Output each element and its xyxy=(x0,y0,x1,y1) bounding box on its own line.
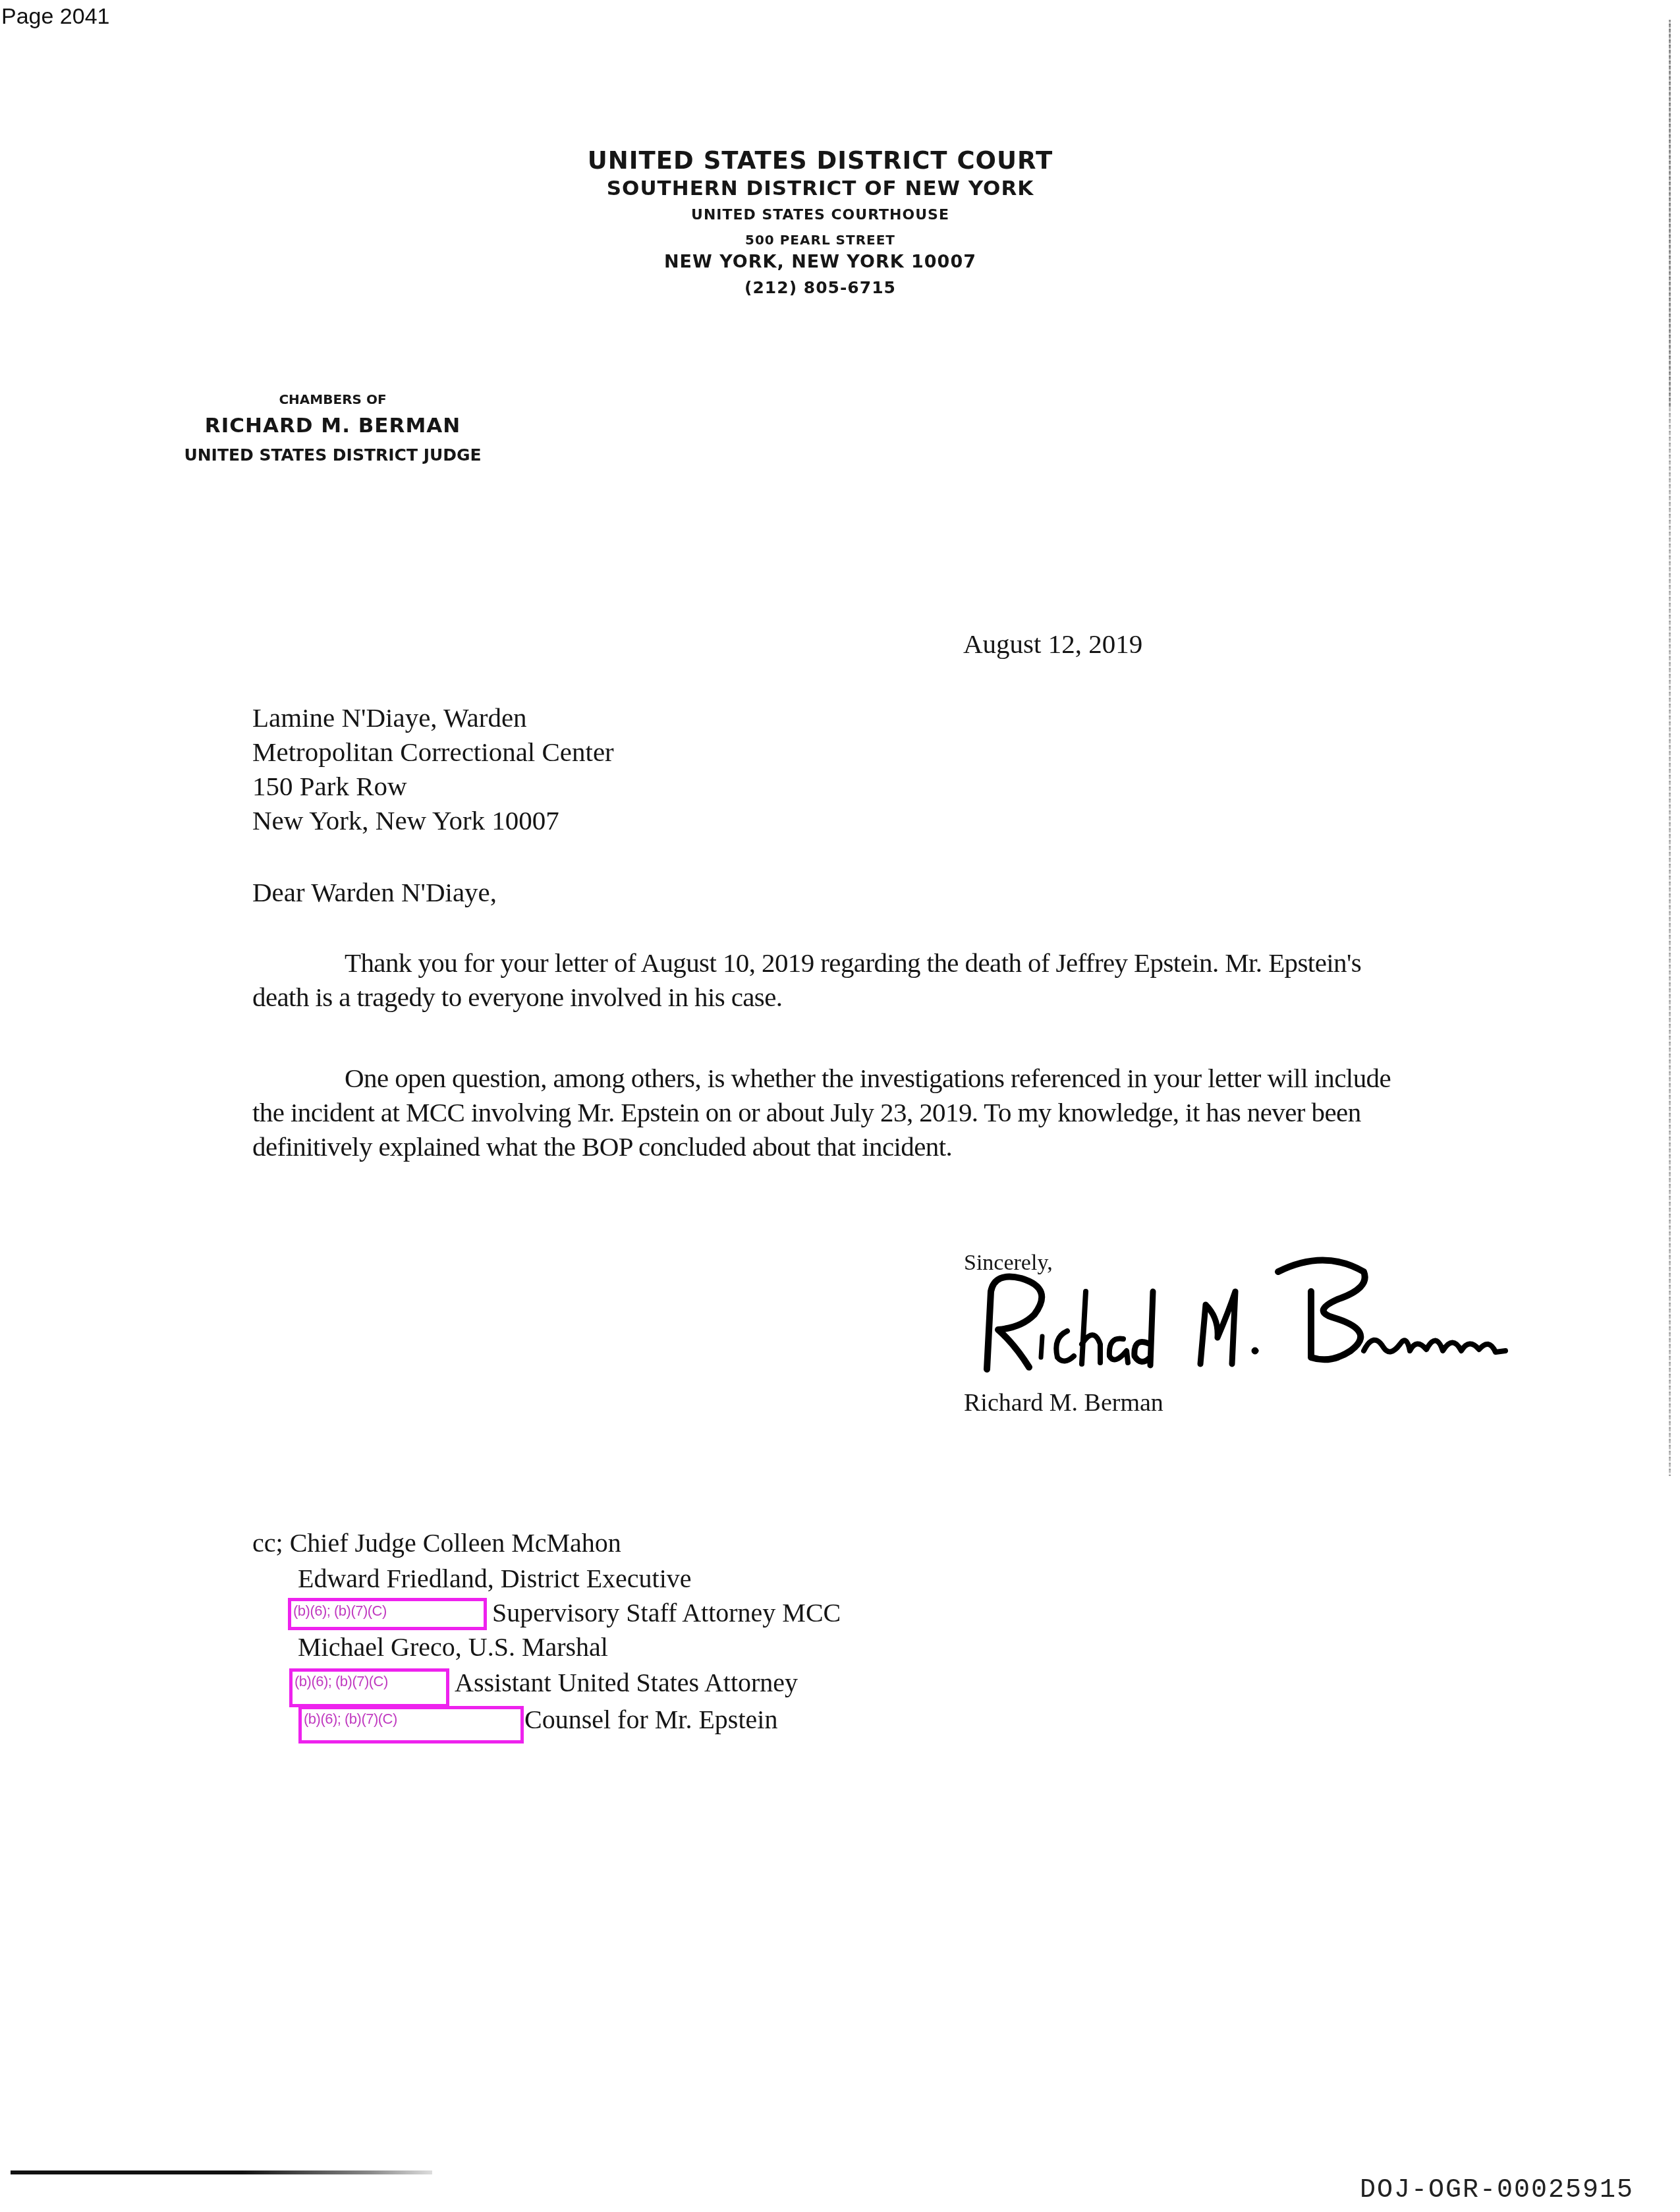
bates-number: DOJ-OGR-00025915 xyxy=(1360,2176,1634,2205)
letterhead-phone: (212) 805-6715 xyxy=(0,278,1640,297)
redaction-box: (b)(6); (b)(7)(C) xyxy=(288,1598,487,1630)
salutation: Dear Warden N'Diaye, xyxy=(252,876,497,908)
body-paragraph: Thank you for your letter of August 10, … xyxy=(252,946,1405,1014)
cc-entry: Chief Judge Colleen McMahon xyxy=(290,1528,621,1558)
page-label: Page 2041 xyxy=(1,4,110,30)
recipient-address: Lamine N'Diaye, Warden Metropolitan Corr… xyxy=(252,700,614,837)
redaction-label: (b)(6); (b)(7)(C) xyxy=(293,1602,387,1620)
chambers-title: UNITED STATES DISTRICT JUDGE xyxy=(152,445,514,465)
letterhead-street: 500 PEARL STREET xyxy=(0,232,1640,248)
letter-date: August 12, 2019 xyxy=(963,628,1142,660)
letterhead-court: UNITED STATES DISTRICT COURT xyxy=(0,146,1640,175)
scan-edge-artifact xyxy=(1669,409,1671,1476)
cc-entry: Assistant United States Attorney xyxy=(455,1667,798,1698)
recipient-line: 150 Park Row xyxy=(252,769,614,803)
cc-prefix: cc; xyxy=(252,1528,283,1558)
recipient-line: Lamine N'Diaye, Warden xyxy=(252,700,614,735)
cc-entry: Supervisory Staff Attorney MCC xyxy=(492,1597,841,1628)
letterhead-building: UNITED STATES COURTHOUSE xyxy=(0,207,1640,223)
recipient-line: New York, New York 10007 xyxy=(252,803,614,837)
signature-icon xyxy=(968,1252,1522,1377)
scan-edge-artifact xyxy=(1669,20,1671,409)
signer-name: Richard M. Berman xyxy=(964,1388,1163,1417)
letterhead-city: NEW YORK, NEW YORK 10007 xyxy=(0,252,1640,272)
body-paragraph: One open question, among others, is whet… xyxy=(252,1061,1405,1164)
footer-rule xyxy=(11,2170,432,2174)
redaction-box: (b)(6); (b)(7)(C) xyxy=(289,1668,449,1707)
cc-entry: Michael Greco, U.S. Marshal xyxy=(298,1631,608,1662)
cc-entry: Edward Friedland, District Executive xyxy=(298,1563,692,1594)
cc-entry: Counsel for Mr. Epstein xyxy=(524,1704,777,1735)
chambers-label: CHAMBERS OF xyxy=(152,391,514,407)
cc-first-line: cc; Chief Judge Colleen McMahon xyxy=(252,1527,621,1558)
redaction-box: (b)(6); (b)(7)(C) xyxy=(298,1706,524,1744)
redaction-label: (b)(6); (b)(7)(C) xyxy=(304,1711,397,1728)
letterhead-district: SOUTHERN DISTRICT OF NEW YORK xyxy=(0,177,1640,200)
recipient-line: Metropolitan Correctional Center xyxy=(252,735,614,769)
chambers-judge: RICHARD M. BERMAN xyxy=(152,414,514,438)
redaction-label: (b)(6); (b)(7)(C) xyxy=(294,1673,388,1690)
